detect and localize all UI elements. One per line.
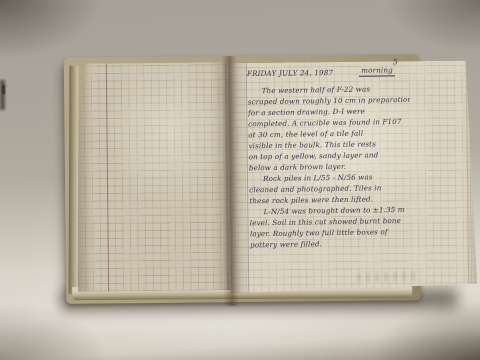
entry-session-label: morning bbox=[359, 65, 395, 76]
left-page-margin-line bbox=[106, 63, 110, 291]
entry-header: FRIDAY JULY 24, 1987 morning bbox=[247, 65, 409, 78]
open-notebook: 5 FRIDAY JULY 24, 1987 morning The weste… bbox=[67, 56, 417, 300]
entry-date: FRIDAY JULY 24, 1987 bbox=[247, 68, 333, 78]
handwritten-entry: The western half of F-22 was scraped dow… bbox=[248, 83, 413, 251]
page-stack-left-edge bbox=[69, 66, 79, 294]
gutter-shadow bbox=[221, 56, 240, 306]
notebook-photo: 5 FRIDAY JULY 24, 1987 morning The weste… bbox=[0, 0, 480, 360]
surface-scratch bbox=[2, 85, 5, 94]
left-blank-grid-page bbox=[76, 62, 231, 292]
faint-pencil-smudge bbox=[357, 272, 415, 283]
